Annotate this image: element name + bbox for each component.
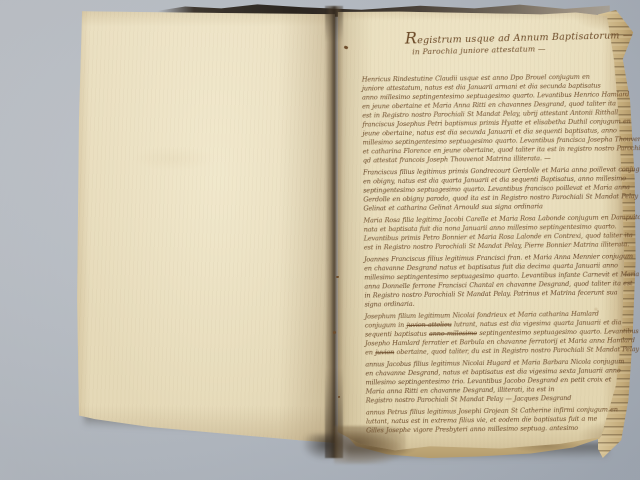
manuscript-paragraph: annus Petrus filius legitimus Josephi Gr…: [366, 406, 609, 436]
manuscript-text: Henricus Rindestutine Claudii usque est …: [362, 73, 609, 439]
manuscript-line: Registro nostro Parochiali St Mandat Pel…: [366, 394, 609, 406]
manuscript-paragraph: Franciscus filius legitimus primis Gondr…: [363, 166, 607, 214]
left-page-blank: [74, 9, 336, 449]
manuscript-paragraph: annus Jacobus filius legitimus Nicolai H…: [365, 358, 609, 406]
manuscript-paragraph: Maria Rosa filia legitima Jacobi Carelle…: [364, 214, 607, 253]
manuscript-line: signa ordinaria.: [365, 298, 608, 310]
manuscript-line: Gilles Josephe vigore Presbyteri anno mi…: [366, 424, 609, 436]
manuscript-line: est in Registro nostro Parochiali St Man…: [364, 241, 607, 253]
manuscript-line: Gelinat et catharina Gelinat Arnould sua…: [363, 202, 606, 214]
book-gutter-fold: [325, 6, 343, 458]
manuscript-paragraph: Henricus Rindestutine Claudii usque est …: [362, 73, 606, 166]
manuscript-line: qd attestat francois Joseph Thouvenot Ma…: [363, 154, 606, 166]
manuscript-line: en juvion obertaine, quod taliter, du es…: [365, 346, 608, 358]
manuscript-paragraph: Joannes Franciscus filius legitimus Fran…: [364, 253, 608, 310]
manuscript-paragraph: Josephum filium legitimum Nicolai fondri…: [365, 310, 609, 358]
manuscript-photo: Registrum usque ad Annum Baptisatorum — …: [0, 0, 640, 480]
page-title: Registrum usque ad Annum Baptisatorum — …: [405, 27, 616, 57]
